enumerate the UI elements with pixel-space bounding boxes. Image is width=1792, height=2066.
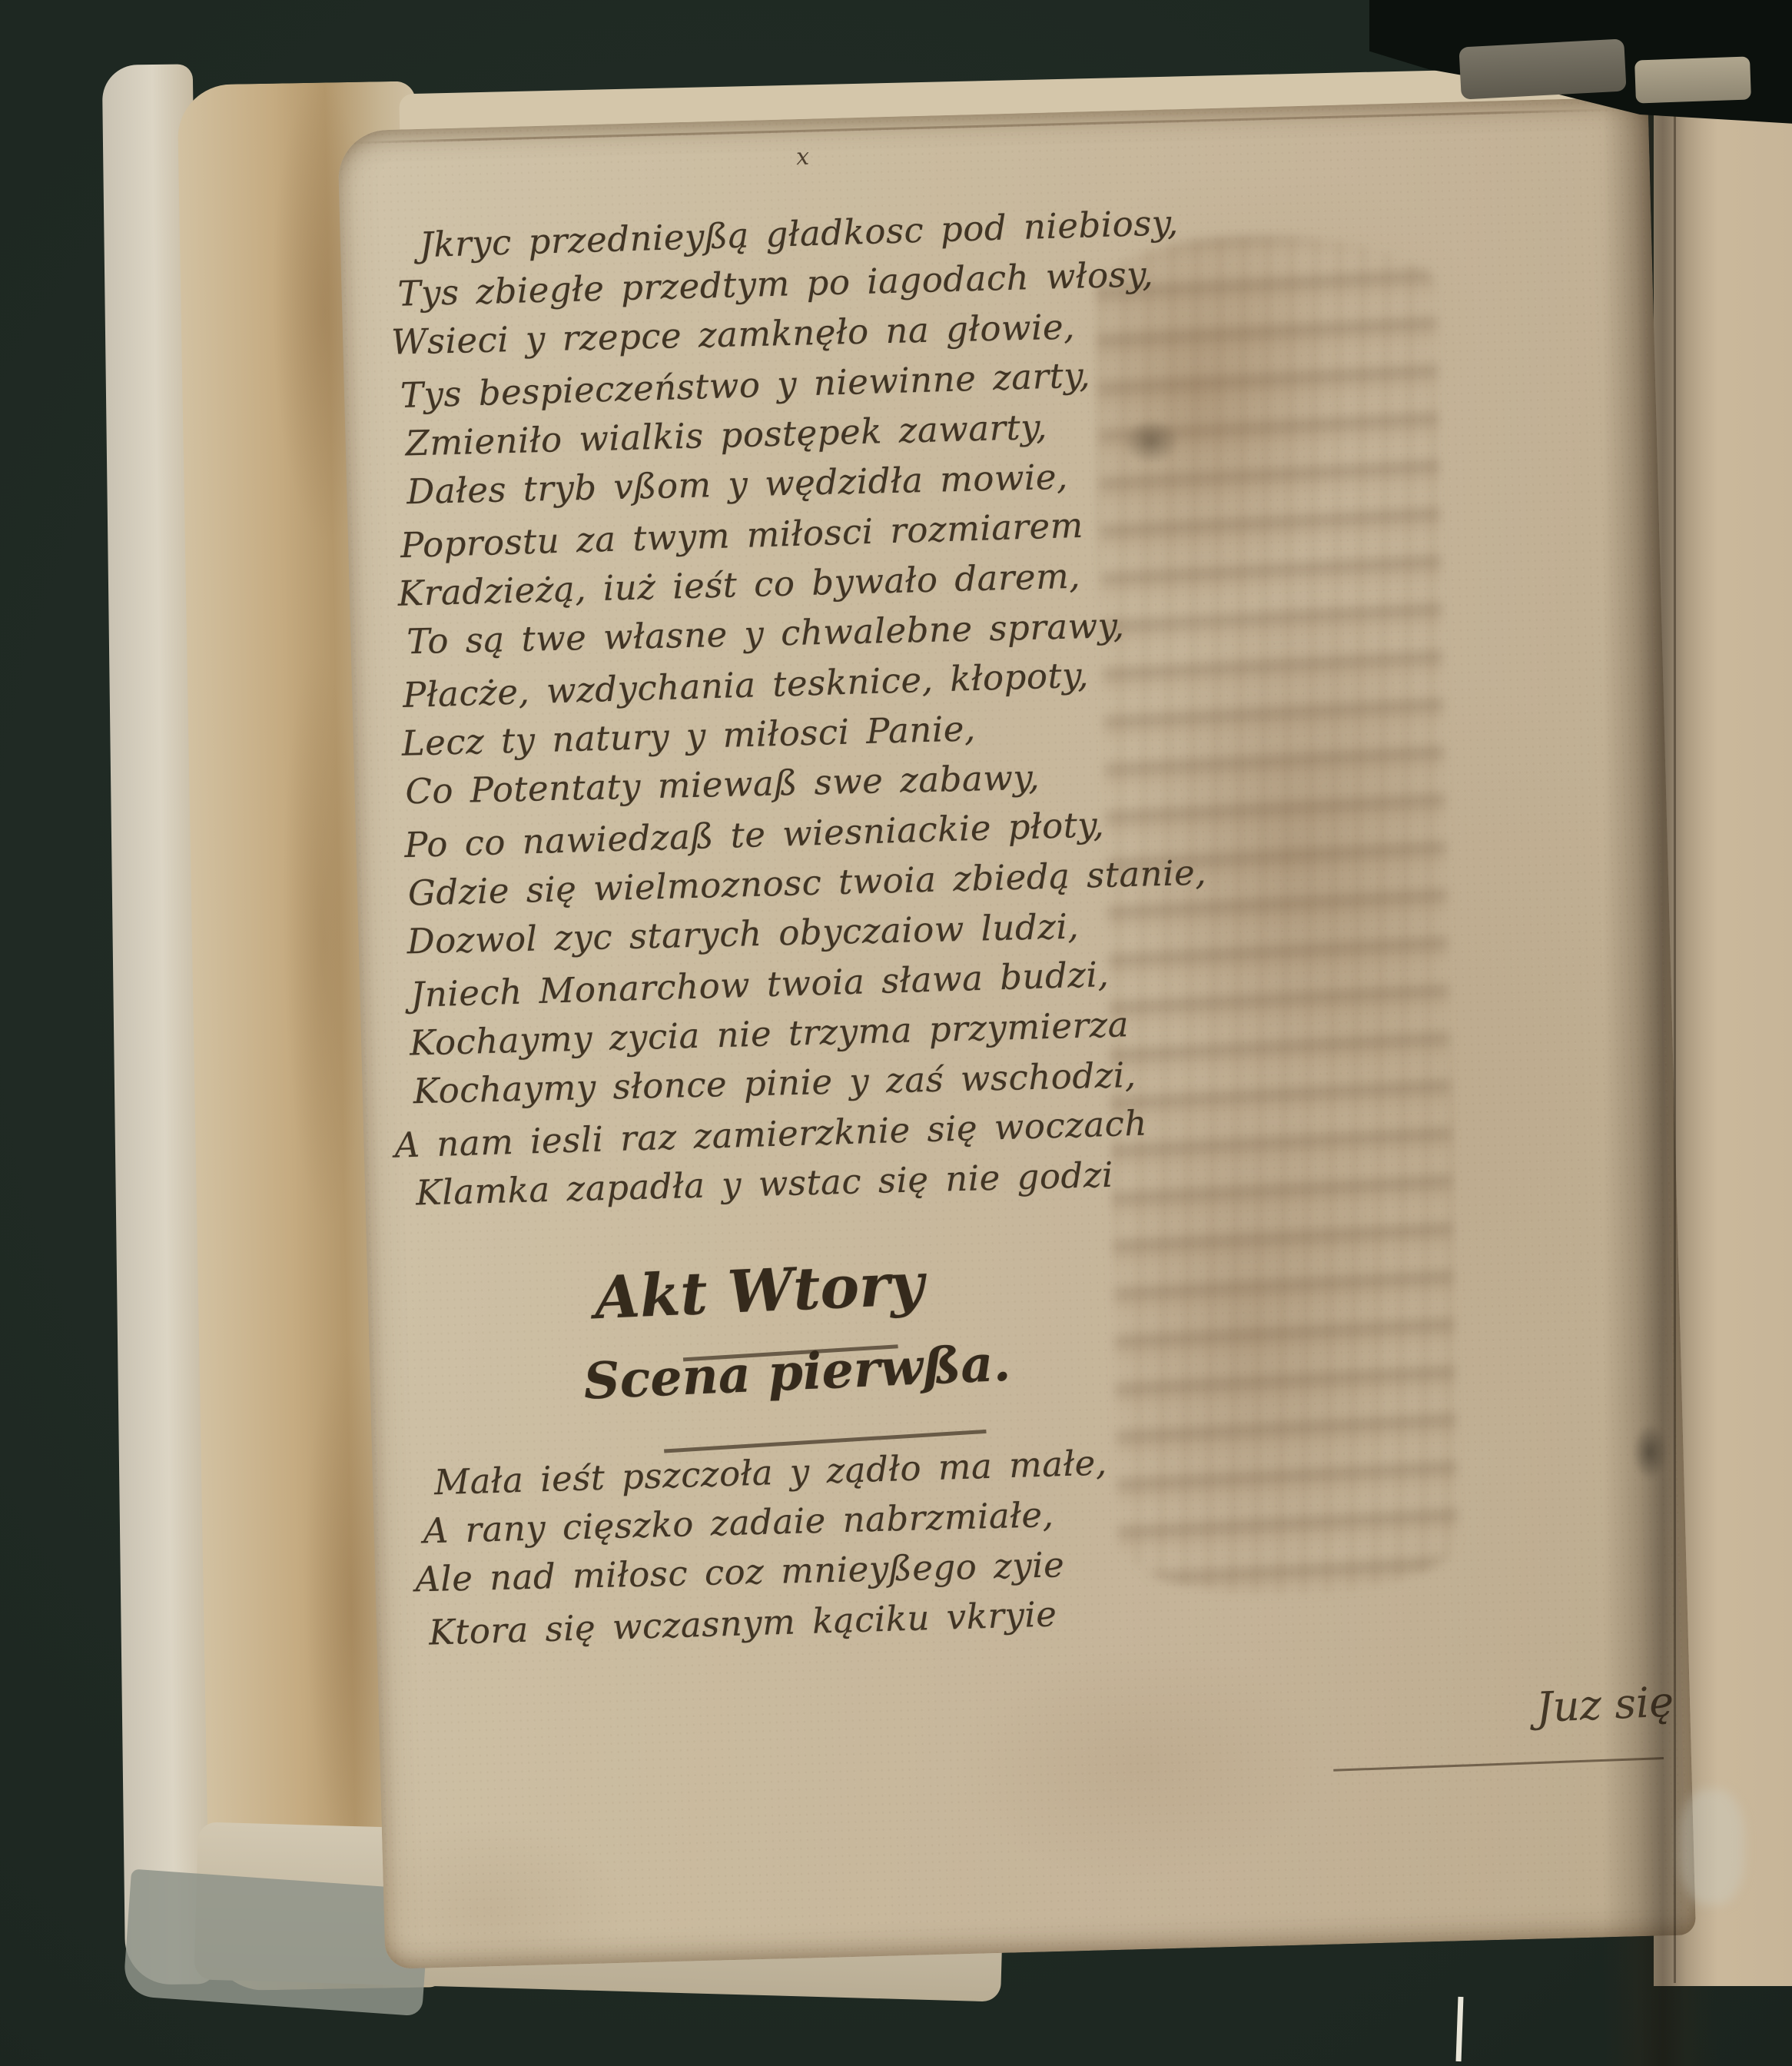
poem-stanza-2: Mała ieśt pszczoła y ządło ma małe, A ra… <box>412 1430 1439 1656</box>
collation-mark: x <box>796 144 810 171</box>
act-heading: Akt Wtory <box>593 1250 925 1333</box>
binding-fragment-light <box>1634 56 1751 103</box>
binding-fragment <box>1458 38 1626 99</box>
glue-glare-patch <box>1680 1789 1744 1905</box>
gutter-fold-line <box>1674 92 1676 1983</box>
poem-stanza-1: Jkryc przednieyßą gładkosc pod niebiosy,… <box>384 192 1432 1217</box>
manuscript-photo: x Jkryc przednieyßą gładkosc pod niebios… <box>0 0 1792 2066</box>
book-gutter-shadow <box>1603 0 1718 2066</box>
manuscript-page: x Jkryc przednieyßą gładkosc pod niebios… <box>337 97 1696 1969</box>
loose-thread <box>1456 1997 1464 2061</box>
gutter-ink-blot <box>1632 1423 1668 1480</box>
